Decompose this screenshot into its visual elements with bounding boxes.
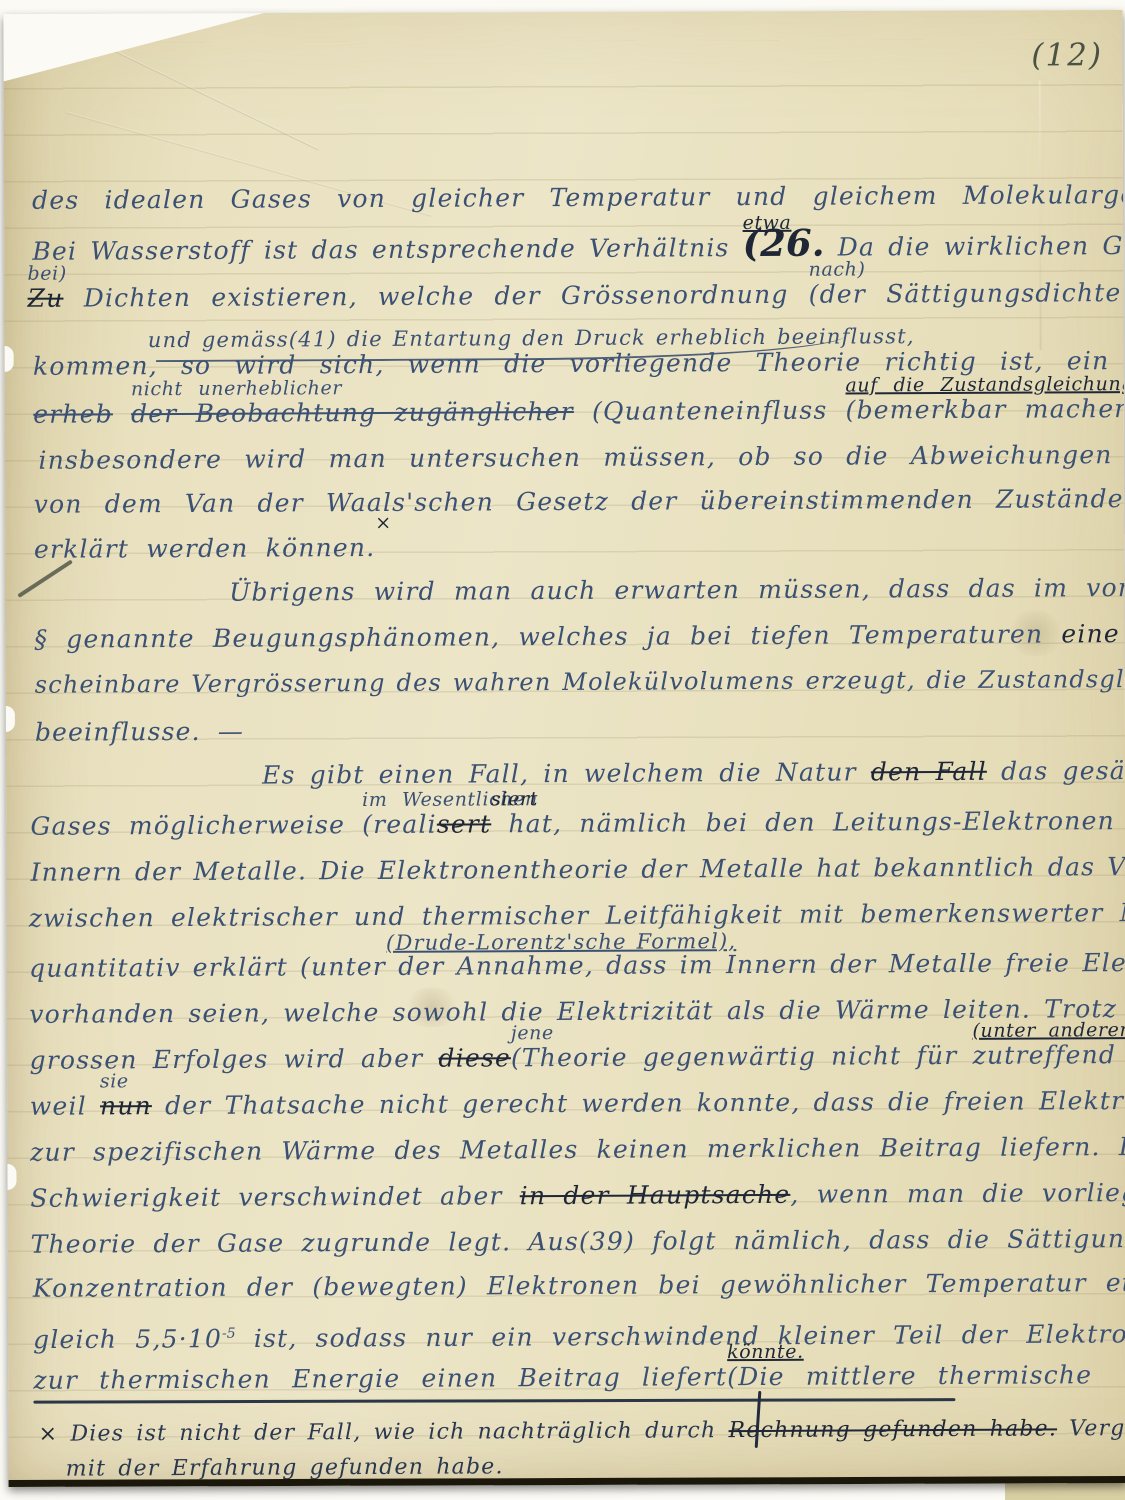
line-10: § genannte Beugungsphänomen, welches ja … bbox=[34, 614, 1120, 660]
line-20: weil sienun der Thatsache nicht gerecht … bbox=[30, 1081, 1125, 1129]
text-segment: zur spezifischen Wärme des Metalles kein… bbox=[30, 1132, 1125, 1167]
text-segment: nun bbox=[100, 1091, 152, 1120]
handwritten-text-layer: (12) des idealen Gases von gleicher Temp… bbox=[3, 10, 1125, 1487]
text-segment: (Die mittlere thermische bbox=[727, 1360, 1092, 1391]
line-12: beeinflusse. — bbox=[35, 712, 244, 753]
text-segment: eine bbox=[1061, 619, 1120, 648]
text-segment: Schwierigkeit verschwindet aber bbox=[30, 1181, 520, 1213]
text-segment: Vergleich bbox=[1057, 1416, 1125, 1442]
line-26: zur thermischen Energie einen Beitrag li… bbox=[33, 1355, 1092, 1403]
line-01: des idealen Gases von gleicher Temperatu… bbox=[32, 175, 1125, 221]
text-segment: Theorie der Gase zugrunde legt. Aus(39) … bbox=[31, 1224, 1125, 1259]
torn-edge-notch bbox=[4, 706, 15, 732]
text-segment: Konzentration der (bewegten) Elektronen … bbox=[33, 1268, 1125, 1303]
text-segment: scheinbare Vergrösserung des wahren Mole… bbox=[35, 665, 1125, 699]
text-segment: Innern der Metalle. Die Elektronentheori… bbox=[31, 851, 1125, 886]
text-segment: (Quanteneinfluss bbox=[574, 396, 846, 426]
text-segment: weil bbox=[30, 1091, 100, 1120]
line-17: quantitativ erklärt (unter der Annahme, … bbox=[29, 942, 1125, 988]
text-segment: gleich 5,5·10 bbox=[33, 1324, 222, 1354]
line-18: vorhanden seien, welche sowohl die Elekt… bbox=[29, 989, 1125, 1035]
text-segment: grossen Erfolges wird aber bbox=[30, 1044, 439, 1075]
text-segment: der Beobachtung zugänglicher bbox=[131, 397, 574, 428]
text-segment: (der Sättigungsdichte nahe bbox=[809, 278, 1125, 309]
scan-background: (12) des idealen Gases von gleicher Temp… bbox=[0, 0, 1125, 1500]
text-segment: zutreffend gehalten, bbox=[973, 1039, 1125, 1070]
text-segment: Übrigens wird man auch erwarten müssen, … bbox=[229, 573, 1125, 607]
text-segment: Gases möglicherweise bbox=[30, 810, 362, 841]
text-segment: × bbox=[39, 1422, 71, 1447]
text-segment: ist, sodass nur ein verschwindend kleine… bbox=[236, 1319, 1125, 1353]
line-11: scheinbare Vergrösserung des wahren Mole… bbox=[35, 659, 1125, 705]
line-05: erheb nicht unerheblicherder Beobachtung… bbox=[33, 389, 1125, 437]
text-segment: sert bbox=[437, 809, 492, 838]
text-segment: erheb bbox=[33, 399, 113, 428]
text-segment: Dies ist nicht der Fall, wie ich nachträ… bbox=[70, 1418, 728, 1446]
text-segment: das gesättigte bbox=[987, 756, 1125, 786]
text-segment: (reali bbox=[362, 810, 437, 839]
line-08: erklärt werden können.× bbox=[34, 528, 376, 572]
line-25: gleich 5,5·10-5 ist, sodass nur ein vers… bbox=[33, 1309, 1125, 1360]
page-number: (12) bbox=[1031, 37, 1103, 73]
text-segment: Bei Wasserstoff ist das entsprechende Ve… bbox=[32, 233, 742, 266]
line-23: Theorie der Gase zugrunde legt. Aus(39) … bbox=[30, 1219, 1125, 1265]
line-15: Innern der Metalle. Die Elektronentheori… bbox=[31, 846, 1125, 892]
text-segment: in der Hauptsache bbox=[520, 1180, 791, 1210]
text-segment: Es gibt einen Fall, in welchem die Natur bbox=[262, 757, 871, 789]
footnote-line-1: × Dies ist nicht der Fall, wie ich nacht… bbox=[38, 1409, 1125, 1455]
text-segment: hat, nämlich bei den Leitungs-Elektronen… bbox=[491, 806, 1125, 839]
line-06: insbesondere wird man untersuchen müssen… bbox=[38, 435, 1112, 481]
text-segment: Zu bbox=[28, 284, 64, 313]
footnote-line-2: mit der Erfahrung gefunden habe. bbox=[66, 1447, 504, 1487]
torn-edge-notch bbox=[5, 1164, 16, 1190]
text-segment: vorhanden seien, welche sowohl die Elekt… bbox=[29, 994, 1125, 1029]
text-segment: Dichten existieren, welche der Grössenor… bbox=[63, 280, 808, 313]
text-segment: Da die wirklichen Gase also bbox=[825, 230, 1125, 261]
text-segment: den Fall bbox=[871, 757, 987, 787]
text-segment: insbesondere wird man untersuchen müssen… bbox=[38, 440, 1112, 475]
text-segment: quantitativ erklärt (unter der Annahme, … bbox=[29, 947, 1125, 982]
line-19: grossen Erfolges wird aber diesejene(The… bbox=[30, 1034, 1125, 1082]
line-02: Bei Wasserstoff ist das entsprechende Ve… bbox=[32, 222, 1125, 273]
text-segment: (Theorie gegenwärtig nicht für bbox=[511, 1041, 973, 1072]
manuscript-page: (12) des idealen Gases von gleicher Temp… bbox=[3, 10, 1125, 1487]
line-24: Konzentration der (bewegten) Elektronen … bbox=[33, 1263, 1125, 1309]
text-segment: -5 bbox=[222, 1326, 236, 1342]
text-segment: , wenn man die vorliegende bbox=[790, 1178, 1125, 1209]
text-segment: § genannte Beugungsphänomen, welches ja … bbox=[34, 619, 1061, 653]
text-segment: zur thermischen Energie einen Beitrag li… bbox=[33, 1362, 727, 1395]
line-07: von dem Van der Waals'schen Gesetz der ü… bbox=[34, 479, 1124, 525]
line-22: Schwierigkeit verschwindet aber in der H… bbox=[30, 1173, 1125, 1219]
line-09: Übrigens wird man auch erwarten müssen, … bbox=[229, 568, 1125, 613]
line-03: bei)Zu Dichten existieren, welche der Gr… bbox=[28, 273, 1125, 321]
text-segment: beeinflusse. — bbox=[35, 717, 244, 747]
text-segment: des idealen Gases von gleicher Temperatu… bbox=[32, 180, 1125, 215]
text-segment: der Thatsache nicht gerecht werden konnt… bbox=[152, 1086, 1125, 1120]
text-segment: erklärt werden können. bbox=[34, 533, 376, 564]
line-21: zur spezifischen Wärme des Metalles kein… bbox=[30, 1127, 1125, 1173]
line-14: Gases möglicherweise im Wesentlichen(rea… bbox=[30, 801, 1125, 849]
text-segment: (bemerkbar machen; bbox=[846, 394, 1125, 425]
text-segment: diese bbox=[438, 1043, 511, 1072]
text-segment: mit der Erfahrung gefunden habe. bbox=[66, 1454, 504, 1481]
text-segment: von dem Van der Waals'schen Gesetz der ü… bbox=[34, 484, 1124, 519]
text-segment: Rechnung gefunden habe. bbox=[729, 1416, 1058, 1443]
text-segment bbox=[113, 399, 131, 428]
